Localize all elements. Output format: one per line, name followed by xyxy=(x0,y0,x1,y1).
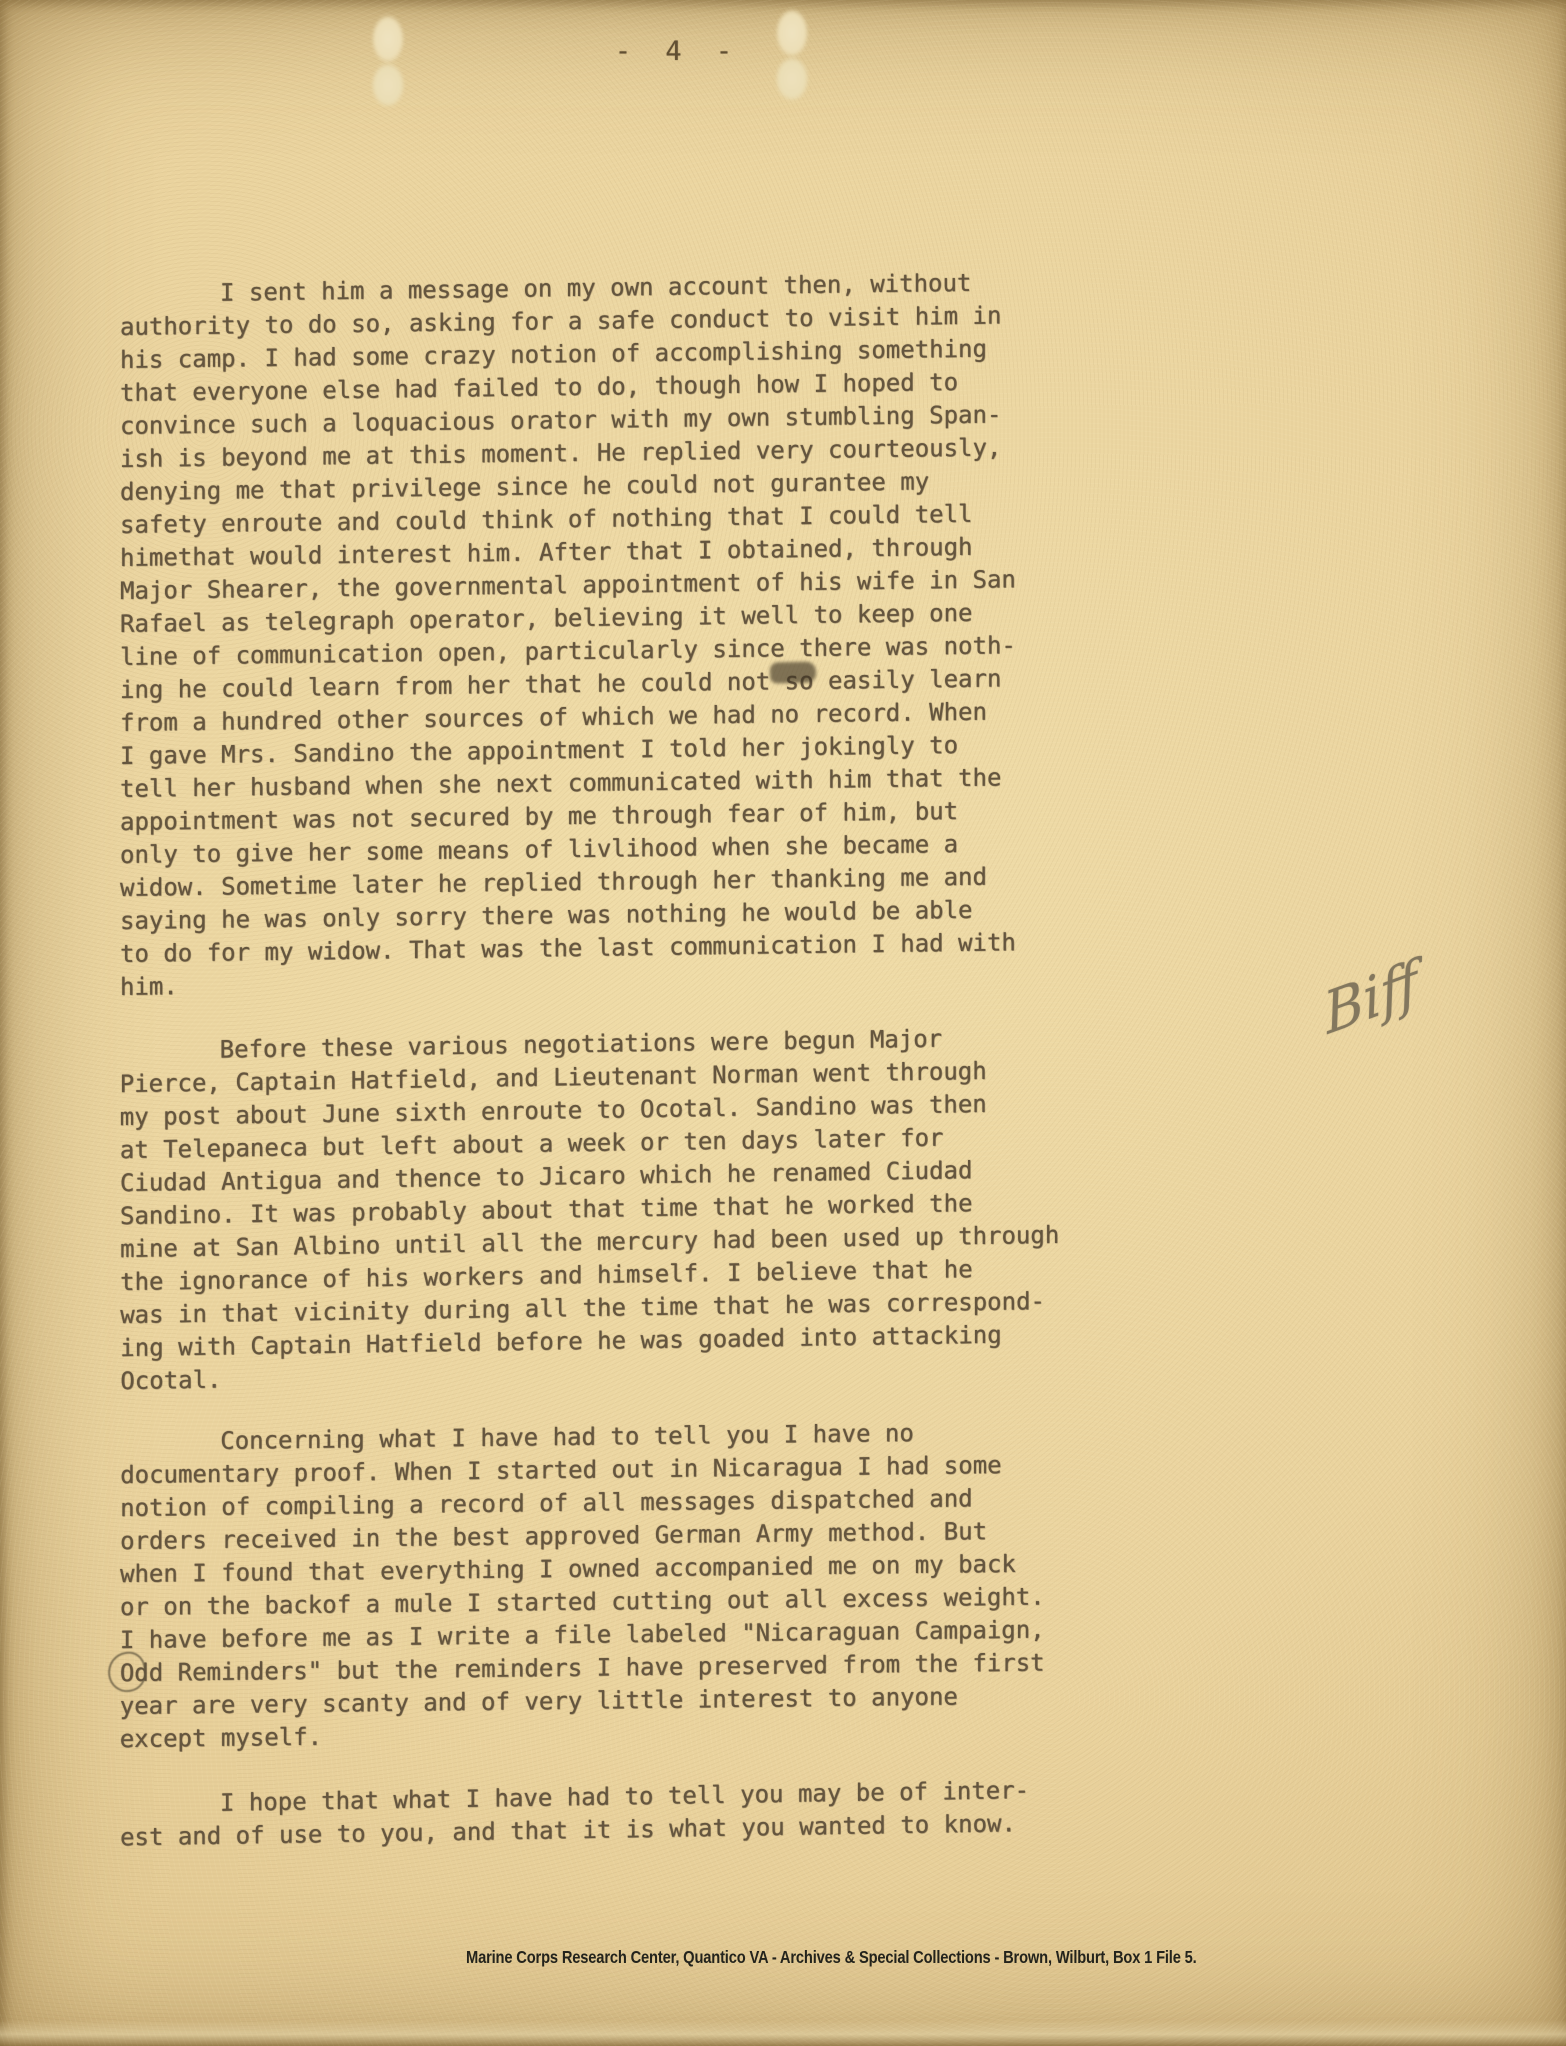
tape-residue-mark-left xyxy=(366,14,410,110)
scanned-letter-page: - 4 - I sent him a message on my own acc… xyxy=(0,0,1566,2046)
handwritten-annotation: Biff xyxy=(1320,949,1422,1049)
ink-strikeout-smudge xyxy=(770,661,816,683)
archive-caption: Marine Corps Research Center, Quantico V… xyxy=(466,1947,1197,1968)
paragraph-3: Concerning what I have had to tell you I… xyxy=(120,1414,1191,1756)
tape-residue-mark-right xyxy=(770,8,814,104)
paragraph-1: I sent him a message on my own account t… xyxy=(120,264,1190,1004)
paragraph-4: I hope that what I have had to tell you … xyxy=(120,1772,1190,1855)
letter-body: I sent him a message on my own account t… xyxy=(120,264,1190,1883)
paragraph-2: Before these various negotiations were b… xyxy=(120,1019,1191,1398)
page-number: - 4 - xyxy=(598,36,758,67)
